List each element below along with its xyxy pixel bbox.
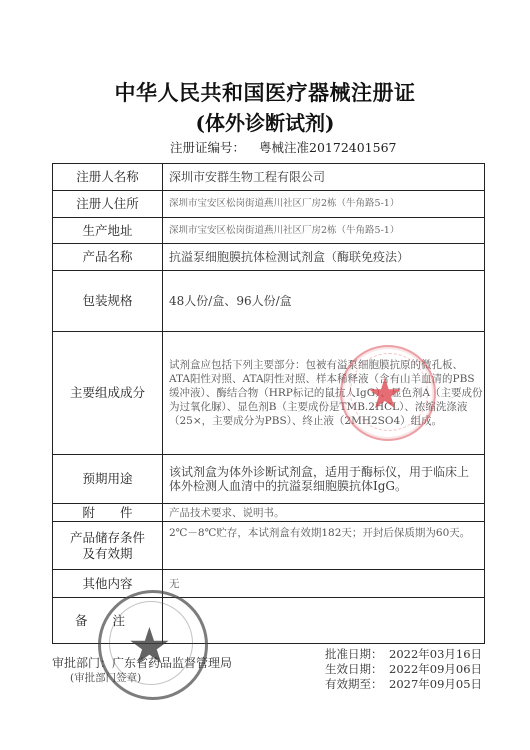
issuing-authority: 审批部门：广东省药品监督管理局	[52, 654, 232, 671]
effective-date: 生效日期：2022年09月06日	[325, 662, 482, 677]
row-label: 包装规格	[53, 271, 163, 332]
date-value: 2027年09月05日	[389, 677, 482, 691]
row-value: 抗溢泵细胞膜抗体检测试剂盒（酶联免疫法）	[163, 244, 485, 271]
registration-number: 粤械注准20172401567	[259, 140, 396, 155]
certificate-table: 注册人名称 深圳市安群生物工程有限公司 注册人住所 深圳市宝安区松岗街道燕川社区…	[52, 163, 485, 644]
table-row: 附 件 产品技术要求、说明书。	[53, 504, 485, 522]
row-value: 2℃－8℃贮存，本试剂盒有效期182天；开封后保质期为60天。	[163, 522, 485, 570]
row-value: 深圳市宝安区松岗街道燕川社区厂房2栋（牛角路5-1）	[163, 218, 485, 244]
table-row: 包装规格 48人份/盒、96人份/盒	[53, 271, 485, 332]
document-subtitle: (体外诊断试剂)	[0, 107, 530, 136]
table-row: 注册人住所 深圳市宝安区松岗街道燕川社区厂房2栋（牛角路5-1）	[53, 191, 485, 218]
row-value: 试剂盒应包括下列主要部分：包被有溢泵细胞膜抗原的微孔板、ATA阳性对照、ATA阴…	[163, 332, 485, 455]
table-row: 注册人名称 深圳市安群生物工程有限公司	[53, 164, 485, 191]
row-label: 产品储存条件 及有效期	[53, 522, 163, 570]
expiry-date: 有效期至：2027年09月05日	[325, 677, 482, 692]
row-value: 该试剂盒为体外诊断试剂盒，适用于酶标仪，用于临床上体外检测人血清中的抗溢泵细胞膜…	[163, 455, 485, 504]
row-value: 产品技术要求、说明书。	[163, 504, 485, 522]
row-label: 主要组成成分	[53, 332, 163, 455]
row-label: 附 件	[53, 504, 163, 522]
table-row: 备 注	[53, 598, 485, 644]
date-label: 生效日期：	[325, 662, 389, 677]
row-label-line2: 及有效期	[53, 546, 162, 562]
row-label: 备 注	[53, 598, 163, 644]
registration-number-line: 注册证编号：粤械注准20172401567	[170, 138, 397, 156]
table-row: 产品名称 抗溢泵细胞膜抗体检测试剂盒（酶联免疫法）	[53, 244, 485, 271]
table-row: 生产地址 深圳市宝安区松岗街道燕川社区厂房2栋（牛角路5-1）	[53, 218, 485, 244]
dates-block: 批准日期：2022年03月16日 生效日期：2022年09月06日 有效期至：2…	[325, 647, 482, 692]
table-row: 产品储存条件 及有效期 2℃－8℃贮存，本试剂盒有效期182天；开封后保质期为6…	[53, 522, 485, 570]
row-value: 深圳市宝安区松岗街道燕川社区厂房2栋（牛角路5-1）	[163, 191, 485, 218]
row-value: 无	[163, 570, 485, 598]
approval-date: 批准日期：2022年03月16日	[325, 647, 482, 662]
row-label: 注册人名称	[53, 164, 163, 191]
row-label: 生产地址	[53, 218, 163, 244]
registration-number-label: 注册证编号：	[170, 140, 245, 155]
date-value: 2022年09月06日	[389, 662, 482, 676]
row-value: 48人份/盒、96人份/盒	[163, 271, 485, 332]
row-value	[163, 598, 485, 644]
table-row: 主要组成成分 试剂盒应包括下列主要部分：包被有溢泵细胞膜抗原的微孔板、ATA阳性…	[53, 332, 485, 455]
row-label: 注册人住所	[53, 191, 163, 218]
row-value: 深圳市安群生物工程有限公司	[163, 164, 485, 191]
issuing-authority-seal-note: (审批部门签章)	[70, 670, 141, 685]
table-row: 其他内容 无	[53, 570, 485, 598]
date-label: 有效期至：	[325, 677, 389, 692]
row-label: 预期用途	[53, 455, 163, 504]
row-label: 产品名称	[53, 244, 163, 271]
row-label-line1: 产品储存条件	[53, 530, 162, 546]
row-label: 其他内容	[53, 570, 163, 598]
table-row: 预期用途 该试剂盒为体外诊断试剂盒，适用于酶标仪，用于临床上体外检测人血清中的抗…	[53, 455, 485, 504]
date-label: 批准日期：	[325, 647, 389, 662]
date-value: 2022年03月16日	[389, 647, 482, 661]
document-title: 中华人民共和国医疗器械注册证	[0, 77, 530, 107]
